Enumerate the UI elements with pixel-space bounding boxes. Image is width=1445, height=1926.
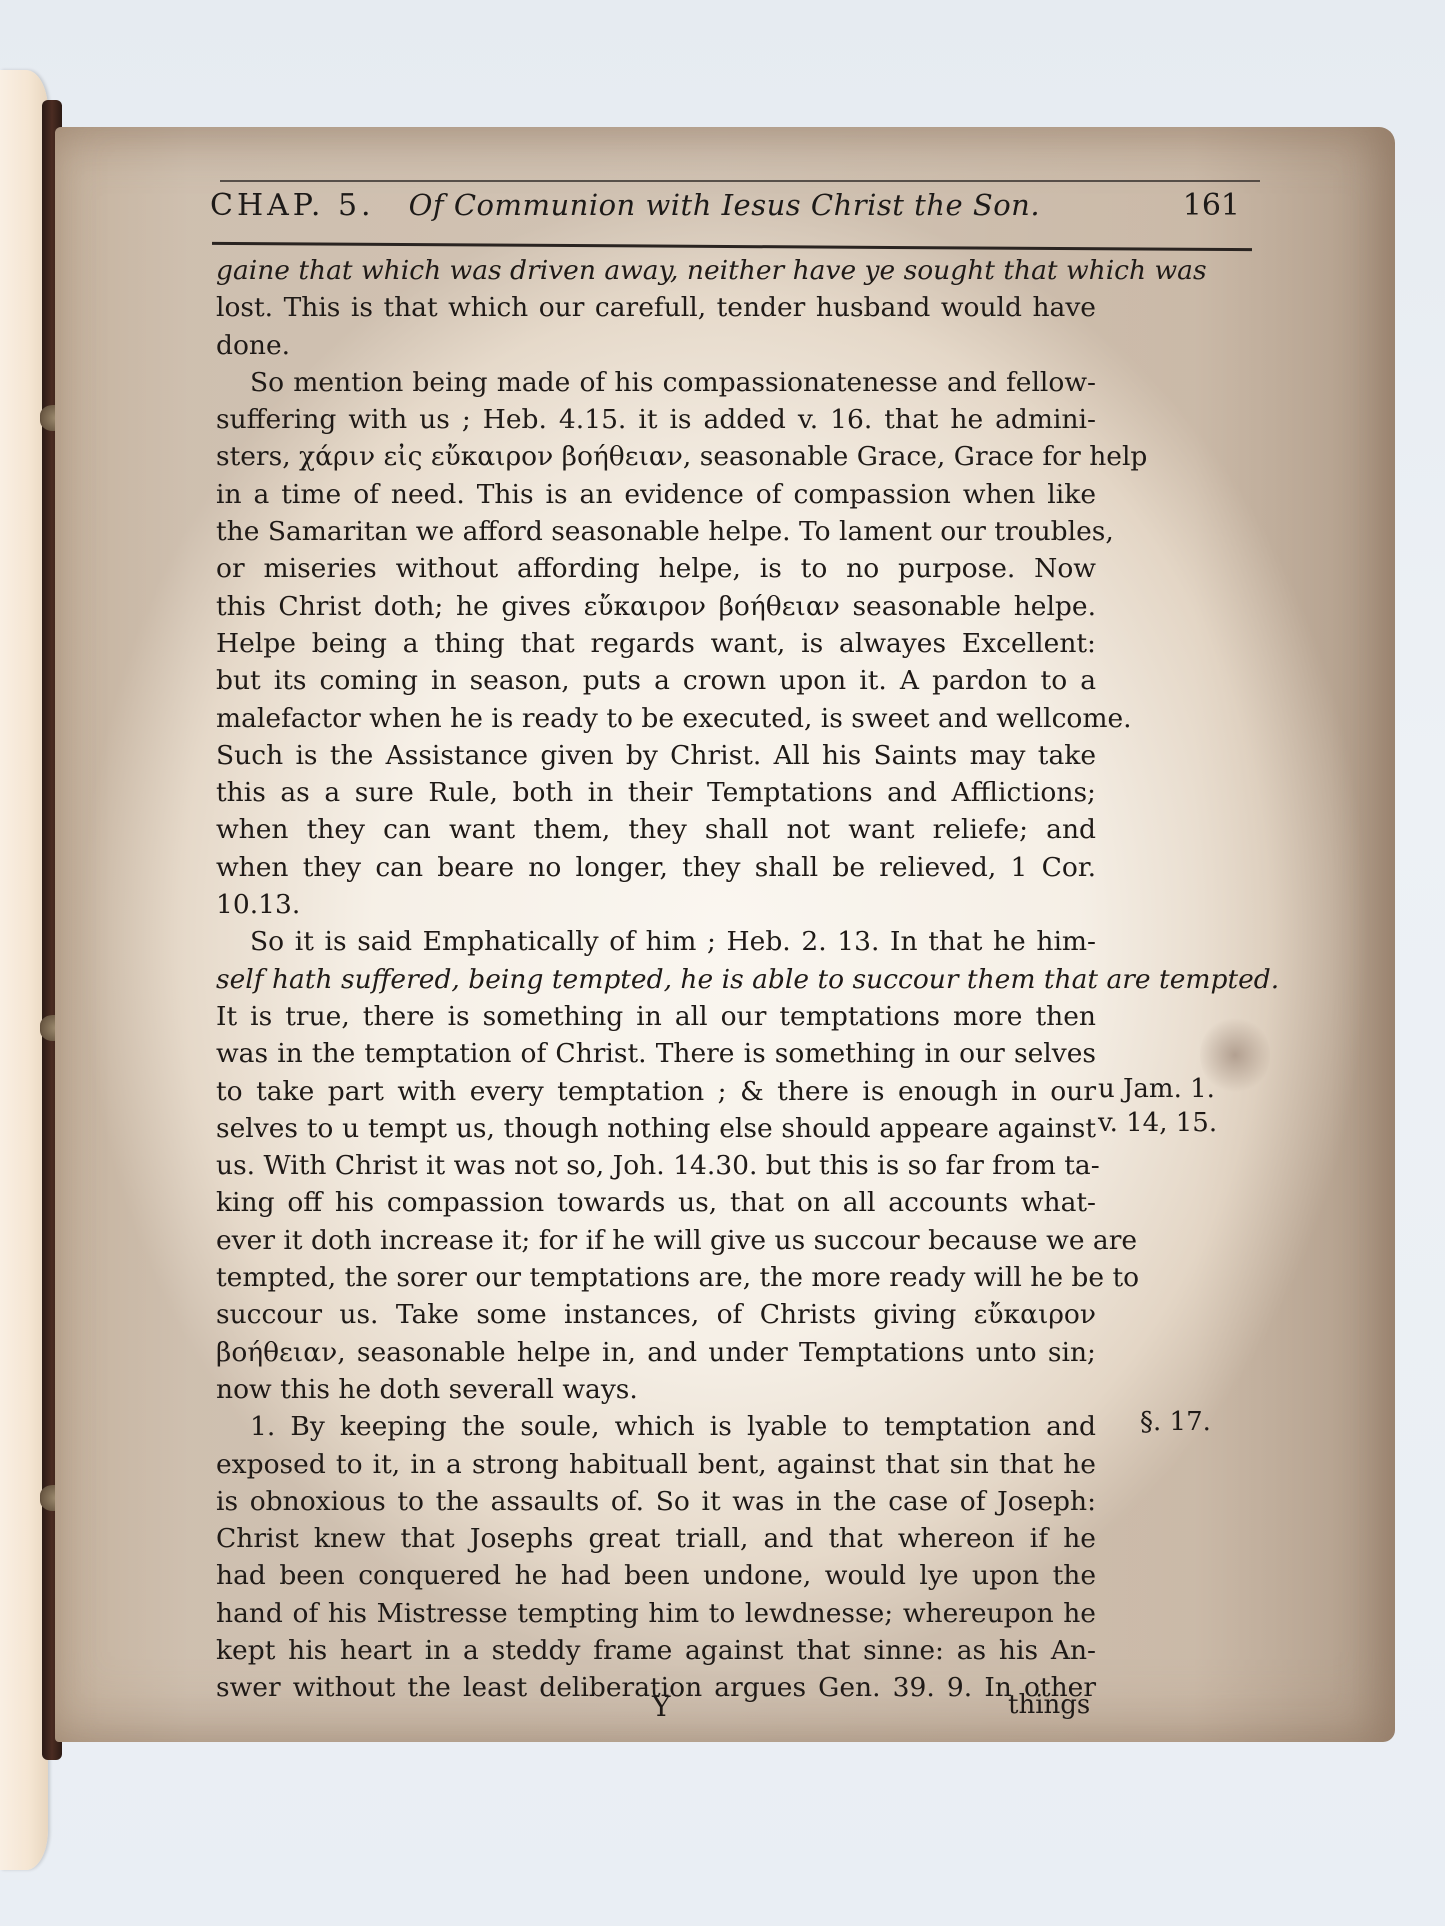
- chapter-label: CHAP. 5.: [210, 188, 375, 223]
- page-number: 161: [1183, 188, 1240, 223]
- text-line: when they can want them, they shall not …: [216, 811, 1096, 848]
- text-line: Helpe being a thing that regards want, i…: [216, 625, 1096, 662]
- text-line: but its coming in season, puts a crown u…: [216, 662, 1096, 699]
- text-line: ever it doth increase it; for if he will…: [216, 1222, 1096, 1259]
- text-line: to take part with every temptation ; & t…: [216, 1073, 1096, 1110]
- text-line: suffering with us ; Heb. 4.15. it is add…: [216, 401, 1096, 438]
- text-line: Such is the Assistance given by Christ. …: [216, 737, 1096, 774]
- text-line: done.: [216, 327, 1096, 364]
- text-line: hand of his Mistresse tempting him to le…: [216, 1595, 1096, 1632]
- text-line: 10.13.: [216, 886, 1096, 923]
- margin-note-section: §. 17.: [1140, 1405, 1211, 1439]
- text-line: malefactor when he is ready to be execut…: [216, 700, 1096, 737]
- text-line: kept his heart in a steddy frame against…: [216, 1632, 1096, 1669]
- text-line: Christ knew that Josephs great triall, a…: [216, 1520, 1096, 1557]
- text-line: now this he doth severall ways.: [216, 1371, 1096, 1408]
- header-rule-top: [220, 180, 1260, 182]
- text-line: 1. By keeping the soule, which is lyable…: [216, 1408, 1096, 1445]
- margin-note-james: u Jam. 1. v. 14, 15.: [1098, 1072, 1217, 1140]
- text-line: So mention being made of his compassiona…: [216, 364, 1096, 401]
- text-line: this as a sure Rule, both in their Tempt…: [216, 774, 1096, 811]
- text-line: sters, χάριν εἰς εὔκαιρον βοήθειαν, seas…: [216, 438, 1096, 475]
- text-line: king off his compassion towards us, that…: [216, 1184, 1096, 1221]
- body-text: gaine that which was driven away, neithe…: [216, 252, 1096, 1707]
- text-line: in a time of need. This is an evidence o…: [216, 476, 1096, 513]
- text-line: selves to u tempt us, though nothing els…: [216, 1110, 1096, 1147]
- text-line: βοήθειαν, seasonable helpe in, and under…: [216, 1334, 1096, 1371]
- text-line: was in the temptation of Christ. There i…: [216, 1035, 1096, 1072]
- text-line: the Samaritan we afford seasonable helpe…: [216, 513, 1096, 550]
- text-line: succour us. Take some instances, of Chri…: [216, 1296, 1096, 1333]
- text-line: this Christ doth; he gives εὔκαιρον βοήθ…: [216, 588, 1096, 625]
- facing-page-edge: [0, 70, 48, 1870]
- text-line: exposed to it, in a strong habituall ben…: [216, 1446, 1096, 1483]
- text-line: So it is said Emphatically of him ; Heb.…: [216, 923, 1096, 960]
- text-line: lost. This is that which our carefull, t…: [216, 289, 1096, 326]
- text-line: tempted, the sorer our temptations are, …: [216, 1259, 1096, 1296]
- text-line: gaine that which was driven away, neithe…: [216, 252, 1096, 289]
- running-head: CHAP. 5. Of Communion with Iesus Christ …: [210, 188, 1270, 240]
- text-line: or miseries without affording helpe, is …: [216, 550, 1096, 587]
- running-title: Of Communion with Iesus Christ the Son.: [409, 188, 1183, 222]
- text-line: had been conquered he had been undone, w…: [216, 1557, 1096, 1594]
- text-line: self hath suffered, being tempted, he is…: [216, 961, 1096, 998]
- text-line: is obnoxious to the assaults of. So it w…: [216, 1483, 1096, 1520]
- signature-mark: Y: [652, 1690, 670, 1723]
- text-line: us. With Christ it was not so, Joh. 14.3…: [216, 1147, 1096, 1184]
- catchword: things: [1008, 1690, 1090, 1720]
- text-line: when they can beare no longer, they shal…: [216, 849, 1096, 886]
- text-line: It is true, there is something in all ou…: [216, 998, 1096, 1035]
